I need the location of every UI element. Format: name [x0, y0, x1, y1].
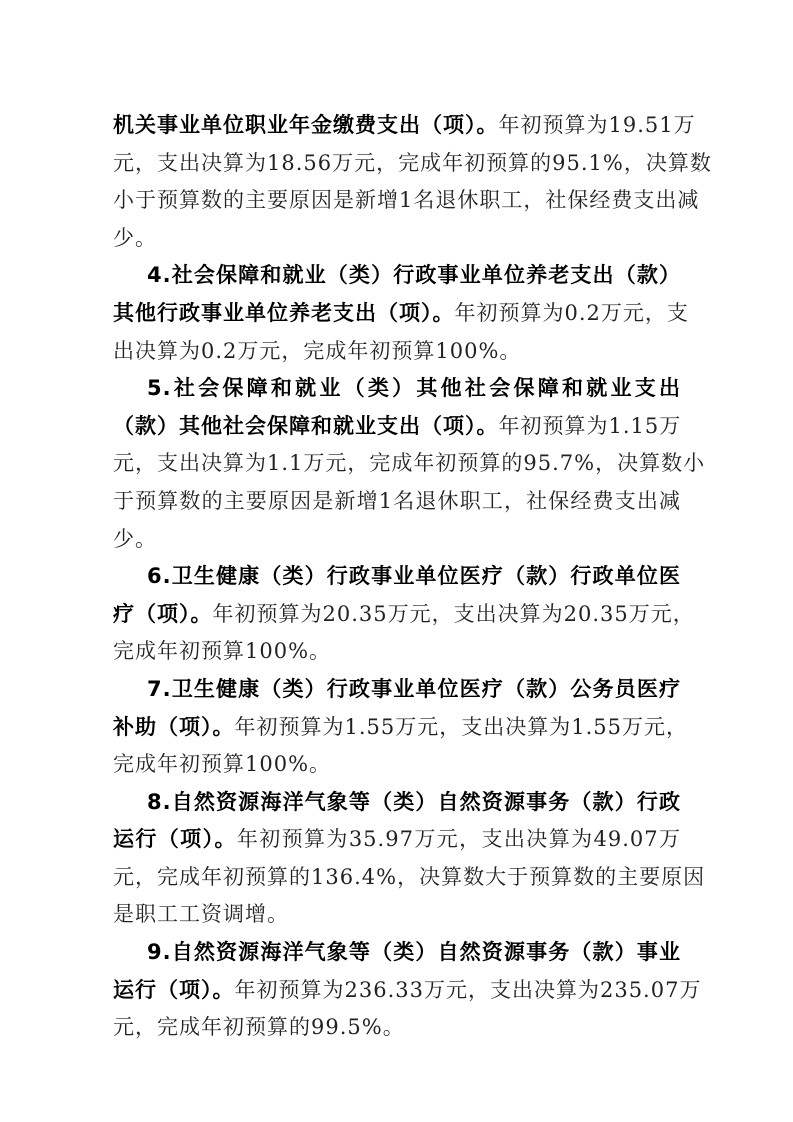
text-line: 运行（项）。年初预算为35.97万元，支出决算为49.07万: [113, 821, 681, 859]
text-line: 完成年初预算100%。: [113, 746, 681, 784]
text-line: 出决算为0.2万元，完成年初预算100%。: [113, 333, 681, 371]
text-line: 其他行政事业单位养老支出（项）。年初预算为0.2万元，支: [113, 295, 681, 333]
text-line: 元，支出决算为18.56万元，完成年初预算的95.1%，决算数: [113, 145, 681, 183]
text-line: 小于预算数的主要原因是新增1名退休职工，社保经费支出减: [113, 182, 681, 220]
paragraph-heading: 8.自然资源海洋气象等（类）自然资源事务（款）行政: [113, 784, 681, 822]
text-line: 机关事业单位职业年金缴费支出（项）。年初预算为19.51万: [113, 107, 681, 145]
text-line: 运行（项）。年初预算为236.33万元，支出决算为235.07万: [113, 972, 681, 1010]
paragraph-heading: 4.社会保障和就业（类）行政事业单位养老支出（款）: [113, 257, 681, 295]
paragraph-9-natural-resources-operation: 9.自然资源海洋气象等（类）自然资源事务（款）事业 运行（项）。年初预算为236…: [113, 934, 681, 1047]
paragraph-7-civil-servant-medical: 7.卫生健康（类）行政事业单位医疗（款）公务员医疗 补助（项）。年初预算为1.5…: [113, 671, 681, 784]
text-line: 完成年初预算100%。: [113, 633, 681, 671]
text-line: 于预算数的主要原因是新增1名退休职工，社保经费支出减: [113, 483, 681, 521]
text-line: 少。: [113, 220, 681, 258]
text-line: 疗（项）。年初预算为20.35万元，支出决算为20.35万元，: [113, 596, 681, 634]
paragraph-heading: 5.社会保障和就业（类）其他社会保障和就业支出: [113, 370, 681, 408]
text-line: 少。: [113, 521, 681, 559]
paragraph-heading: 6.卫生健康（类）行政事业单位医疗（款）行政单位医: [113, 558, 681, 596]
paragraph-heading: 7.卫生健康（类）行政事业单位医疗（款）公务员医疗: [113, 671, 681, 709]
text-line: 补助（项）。年初预算为1.55万元，支出决算为1.55万元，: [113, 709, 681, 747]
paragraph-8-natural-resources-admin: 8.自然资源海洋气象等（类）自然资源事务（款）行政 运行（项）。年初预算为35.…: [113, 784, 681, 934]
text-line: 元，完成年初预算的99.5%。: [113, 1009, 681, 1047]
text-line: 元，支出决算为1.1万元，完成年初预算的95.7%，决算数小: [113, 445, 681, 483]
paragraph-pension-annuity: 机关事业单位职业年金缴费支出（项）。年初预算为19.51万 元，支出决算为18.…: [113, 107, 681, 257]
text-line: 元，完成年初预算的136.4%，决算数大于预算数的主要原因: [113, 859, 681, 897]
paragraph-heading: 9.自然资源海洋气象等（类）自然资源事务（款）事业: [113, 934, 681, 972]
document-page: 机关事业单位职业年金缴费支出（项）。年初预算为19.51万 元，支出决算为18.…: [113, 107, 681, 1047]
text-line: （款）其他社会保障和就业支出（项）。年初预算为1.15万: [113, 408, 681, 446]
text-line: 是职工工资调增。: [113, 896, 681, 934]
paragraph-5-other-social-security: 5.社会保障和就业（类）其他社会保障和就业支出 （款）其他社会保障和就业支出（项…: [113, 370, 681, 558]
paragraph-6-admin-medical: 6.卫生健康（类）行政事业单位医疗（款）行政单位医 疗（项）。年初预算为20.3…: [113, 558, 681, 671]
paragraph-4-other-pension: 4.社会保障和就业（类）行政事业单位养老支出（款） 其他行政事业单位养老支出（项…: [113, 257, 681, 370]
